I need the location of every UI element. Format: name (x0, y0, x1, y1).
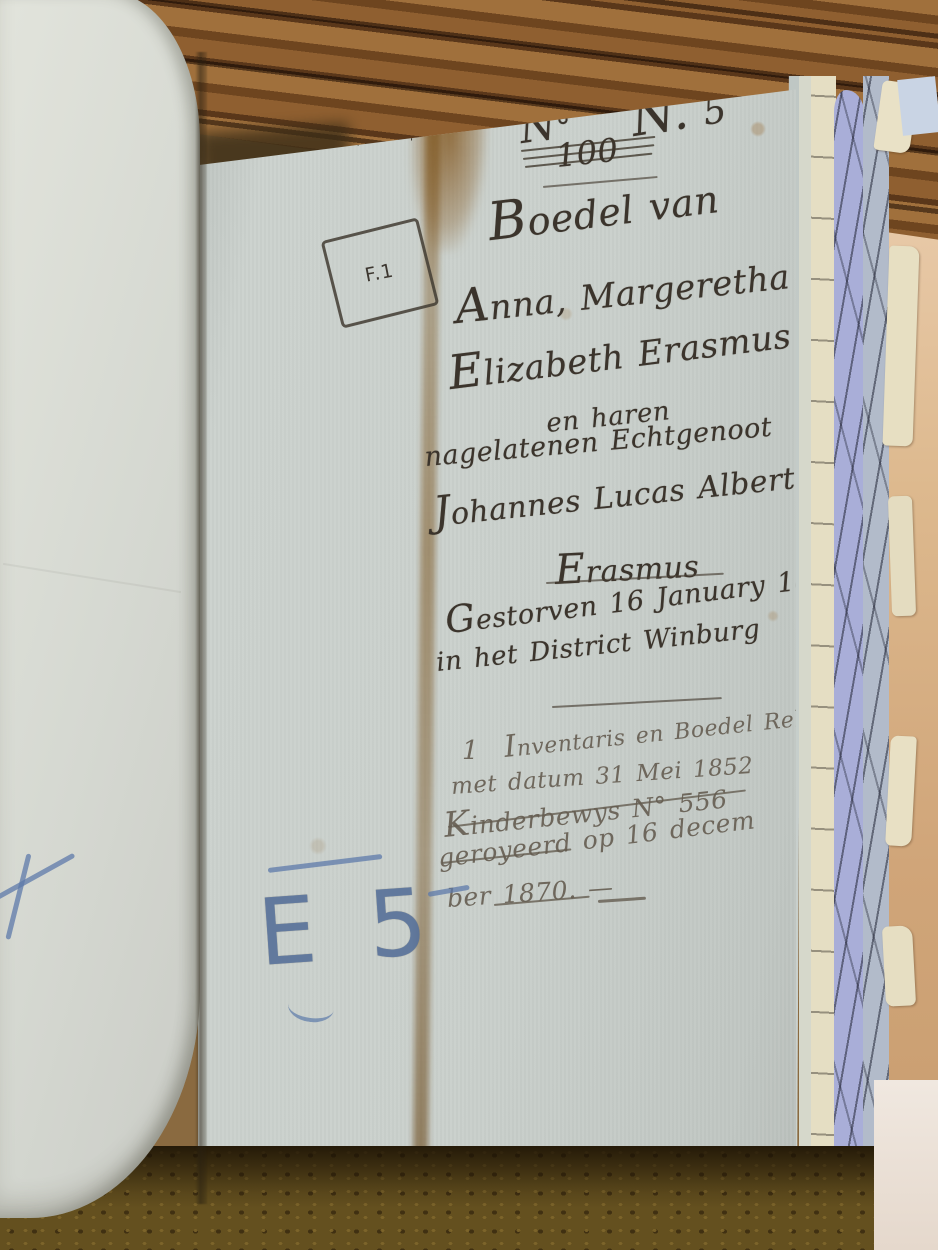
page-edges-stack (786, 76, 938, 1172)
item-line: ber 1870. — (446, 872, 614, 913)
white-card (874, 1080, 938, 1250)
archive-photo: N° 100 N. 5 Boedel van Anna, Margeretha … (0, 0, 938, 1250)
book-gutter (195, 52, 207, 1204)
document-page: N° 100 N. 5 Boedel van Anna, Margeretha … (198, 84, 796, 1196)
stamp-label: F.1 (364, 259, 397, 286)
estate-line: Boedel van (485, 164, 722, 253)
torn-paper-edge (888, 496, 916, 617)
item-number: 1 (462, 736, 479, 766)
torn-paper-edge (882, 925, 916, 1006)
torn-paper-edge (885, 735, 917, 846)
blue-shelf-mark: E 5 (255, 868, 441, 987)
torn-paper-edge (883, 246, 920, 447)
page-crease (3, 563, 181, 593)
lavender-page-edge (834, 90, 864, 1156)
blue-paper-sliver (897, 76, 938, 136)
left-page (0, 0, 200, 1218)
page-edge-cream (811, 76, 836, 1161)
divider-line (552, 697, 722, 708)
